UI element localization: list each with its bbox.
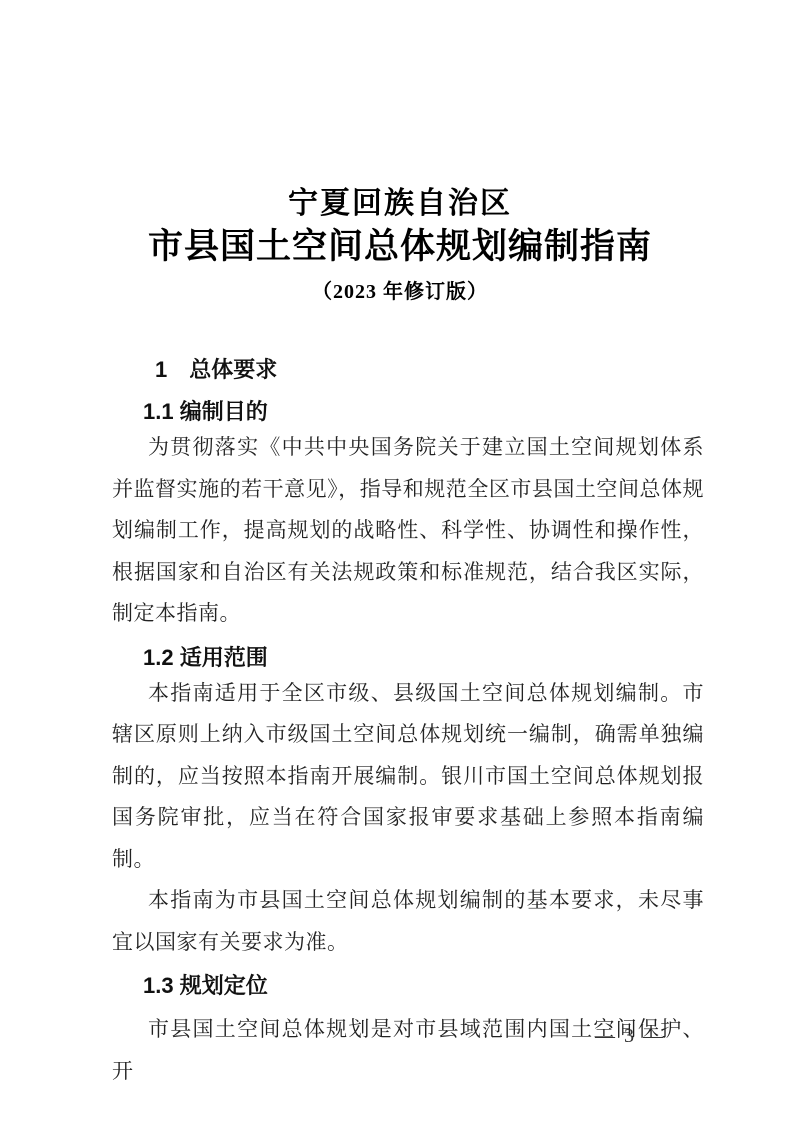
document-title: 宁夏回族自治区 市县国土空间总体规划编制指南 — [0, 183, 800, 269]
document-edition: （2023 年修订版） — [0, 279, 800, 305]
heading-chapter-1: 1 总体要求 — [155, 355, 704, 385]
page-number: — 3 — — [595, 1024, 665, 1048]
heading-section-1-1: 1.1 编制目的 — [143, 397, 704, 427]
paragraph-1-2-1: 本指南适用于全区市级、县级国土空间总体规划编制。市辖区原则上纳入市级国土空间总体… — [112, 673, 704, 881]
document-title-line2: 市县国土空间总体规划编制指南 — [0, 225, 800, 269]
document-page: 宁夏回族自治区 市县国土空间总体规划编制指南 （2023 年修订版） 1 总体要… — [0, 0, 800, 1132]
paragraph-1-1-1: 为贯彻落实《中共中央国务院关于建立国土空间规划体系并监督实施的若干意见》，指导和… — [112, 427, 704, 635]
heading-section-1-3: 1.3 规划定位 — [143, 971, 704, 1001]
paragraph-1-3-1: 市县国土空间总体规划是对市县域范围内国土空间保护、开 — [112, 1009, 704, 1092]
paragraph-1-2-2: 本指南为市县国土空间总体规划编制的基本要求，未尽事宜以国家有关要求为准。 — [112, 880, 704, 963]
document-body: 1 总体要求 1.1 编制目的 为贯彻落实《中共中央国务院关于建立国土空间规划体… — [112, 355, 704, 1092]
document-title-line1: 宁夏回族自治区 — [0, 183, 800, 225]
heading-section-1-2: 1.2 适用范围 — [143, 643, 704, 673]
